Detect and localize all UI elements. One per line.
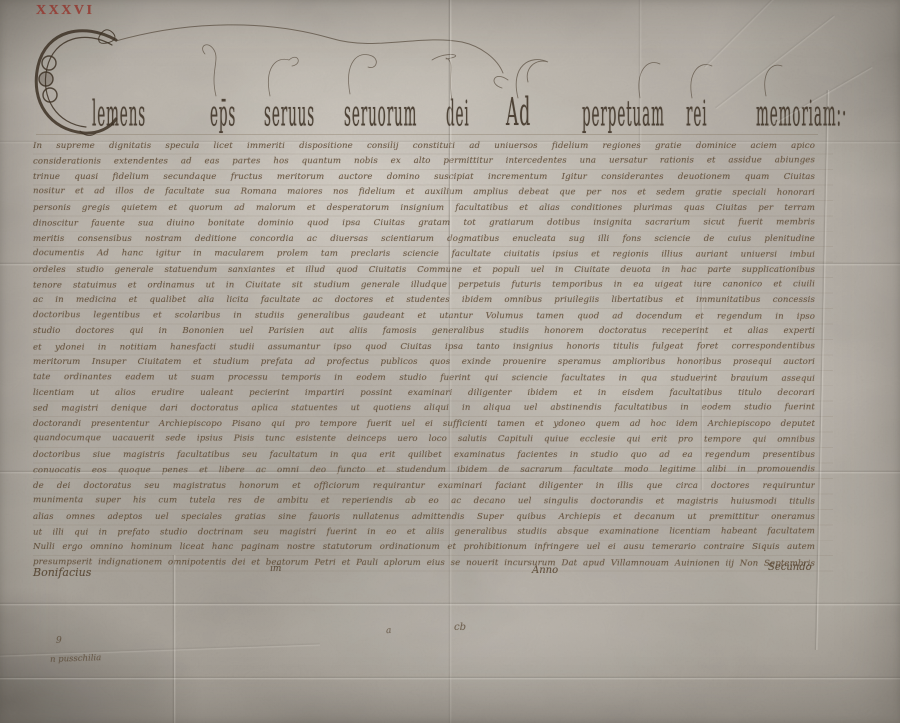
- manuscript-line: In supreme dignitatis specula licet imme…: [33, 139, 815, 154]
- manuscript-line: personis gregis quietem et quorum ad mal…: [33, 201, 815, 216]
- heading-word: lemens: [92, 93, 146, 135]
- heading-line: lemens ep̄s seruus seruorum dei Ad perpe…: [0, 0, 900, 135]
- manuscript-line: alias omnes adeptos uel speciales gratia…: [33, 510, 815, 525]
- heading-word: ep̄s: [210, 93, 236, 135]
- registrar-note: n pusschilia: [50, 653, 102, 665]
- manuscript-line: tate ordinantes eadem ut suam processu t…: [33, 370, 815, 387]
- heading-word: perpetuam: [582, 93, 665, 135]
- manuscript-line: ut illi qui in prefato studio doctrinam …: [33, 524, 815, 541]
- heading-word: rei: [686, 93, 707, 135]
- manuscript-line: studio doctores qui in Bononien uel Pari…: [33, 324, 815, 339]
- manuscript-line: licentiam ut alios erudire ualeant pecie…: [33, 386, 815, 401]
- manuscript-photo: XXXVI lemens ep̄s seruus seruorum dei Ad…: [0, 0, 900, 723]
- manuscript-line: sed magistri denique dari doctoratus apl…: [33, 401, 815, 418]
- manuscript-line: ordeles studio generale statuendum sanxi…: [33, 263, 815, 278]
- registrar-mark: 9: [56, 636, 62, 646]
- manuscript-line: ac in medicina et qualibet alia licita f…: [33, 293, 815, 308]
- chancery-mark-b: cb: [454, 622, 466, 633]
- heading-word: memoriam:·: [756, 93, 847, 135]
- heading-word: dei: [446, 93, 470, 135]
- manuscript-line: doctorandi presententur Archiepiscopo Pi…: [33, 417, 815, 432]
- manuscript-line: conuocatis eos quoque penes et libere ac…: [33, 463, 815, 480]
- manuscript-line: dinoscitur fauente sua diuino bonitate d…: [33, 216, 815, 233]
- heading-word: Ad: [506, 91, 531, 135]
- manuscript-line: doctoribus siue magistris facultatibus s…: [33, 448, 815, 463]
- manuscript-line: presumpserit indignationem omnipotentis …: [33, 555, 815, 572]
- anno-value: Secundo: [768, 562, 812, 573]
- manuscript-line: meritis consensibus nostram deditione co…: [33, 232, 815, 247]
- manuscript-line: Nulli ergo omnino hominum liceat hanc pa…: [33, 540, 815, 555]
- anno-label: Anno: [532, 565, 558, 576]
- manuscript-line: considerationis extendentes ad eas parte…: [33, 154, 815, 171]
- manuscript-line: tenore statuimus et ordinamus ut in Ciui…: [33, 277, 815, 294]
- heading-word: seruorum: [344, 93, 417, 135]
- heading-word: seruus: [264, 93, 315, 135]
- manuscript-line: munimenta super his cum tutela res de am…: [33, 493, 815, 510]
- manuscript-line: quandocumque uacauerit sede ipsius Pisis…: [33, 431, 815, 448]
- nota-mark: ım̄: [270, 564, 281, 574]
- manuscript-line: nositur et ad illos de facultate sua Rom…: [33, 184, 815, 201]
- manuscript-line: de dei doctoratus seu magistratus honoru…: [33, 479, 815, 494]
- manuscript-line: et ydonei in notitiam hanesfacti studii …: [33, 339, 815, 356]
- manuscript-line: trinue quasi fidelium secundaque fructus…: [33, 170, 815, 185]
- scribe-signature: Bonifacius: [33, 566, 91, 579]
- text-block: In supreme dignitatis specula licet imme…: [33, 139, 815, 571]
- manuscript-line: documentis Ad hanc igitur in macularem p…: [33, 246, 815, 263]
- chancery-mark-a: a: [385, 626, 391, 637]
- manuscript-line: doctoribus legentibus et scolaribus in s…: [33, 308, 815, 325]
- manuscript-line: meritorum Insuper Ciuitatem et studium p…: [33, 355, 815, 370]
